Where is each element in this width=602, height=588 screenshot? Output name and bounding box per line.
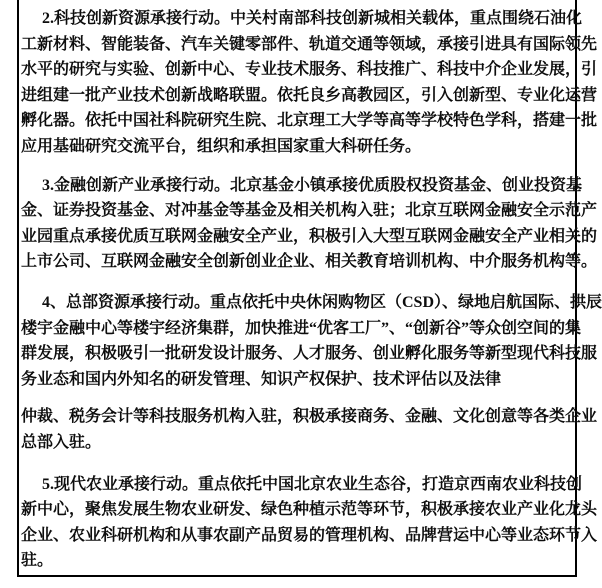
paragraph-2-line-5: 孵化器。依托中国社科院研究生院、北京理工大学等高等学校特色学科，搭建一批 <box>21 108 599 134</box>
paragraph-4-line-2: 楼宇金融中心等楼宇经济集群，加快推进“优客工厂”、“创新谷”等众创空间的集 <box>21 316 599 342</box>
paragraph-3-finance-innovation: 3.金融创新产业承接行动。北京基金小镇承接优质股权投资基金、创业投资基 金、证券… <box>21 173 599 275</box>
document-text-block: 2.科技创新资源承接行动。中关村南部科技创新城相关载体，重点围绕石油化 工新材料… <box>21 6 599 574</box>
paragraph-5-line-3: 企业、农业科研机构和从事农副产品贸易的管理机构、品牌营运中心等业态环节入 <box>21 523 599 549</box>
paragraph-4-continuation: 仲裁、税务会计等科技服务机构入驻，积极承接商务、金融、文化创意等各类企业 总部入… <box>21 404 599 455</box>
paragraph-3-line-1: 3.金融创新产业承接行动。北京基金小镇承接优质股权投资基金、创业投资基 <box>21 173 599 199</box>
paragraph-2-tech-innovation: 2.科技创新资源承接行动。中关村南部科技创新城相关载体，重点围绕石油化 工新材料… <box>21 6 599 160</box>
paragraph-2-line-1: 2.科技创新资源承接行动。中关村南部科技创新城相关载体，重点围绕石油化 <box>21 6 599 32</box>
paragraph-4-line-4: 务业态和国内外知名的研发管理、知识产权保护、技术评估以及法律 <box>21 367 599 393</box>
paragraph-4b-line-2: 总部入驻。 <box>21 430 599 456</box>
document-page: 2.科技创新资源承接行动。中关村南部科技创新城相关载体，重点围绕石油化 工新材料… <box>0 0 602 588</box>
paragraph-3-line-3: 业园重点承接优质互联网金融安全产业，积极引入大型互联网金融安全产业相关的 <box>21 224 599 250</box>
paragraph-2-line-3: 水平的研究与实验、创新中心、专业技术服务、科技推广、科技中介企业发展，引 <box>21 57 599 83</box>
paragraph-5-line-1: 5.现代农业承接行动。重点依托中国北京农业生态谷，打造京西南农业科技创 <box>21 472 599 498</box>
paragraph-2-line-2: 工新材料、智能装备、汽车关键零部件、轨道交通等领域，承接引进具有国际领先 <box>21 32 599 58</box>
paragraph-2-line-4: 进组建一批产业技术创新战略联盟。依托良乡高教园区，引入创新型、专业化运营 <box>21 83 599 109</box>
paragraph-5-modern-agriculture: 5.现代农业承接行动。重点依托中国北京农业生态谷，打造京西南农业科技创 新中心，… <box>21 472 599 574</box>
paragraph-4-line-3: 群发展，积极吸引一批研发设计服务、人才服务、创业孵化服务等新型现代科技服 <box>21 341 599 367</box>
paragraph-4b-line-1: 仲裁、税务会计等科技服务机构入驻，积极承接商务、金融、文化创意等各类企业 <box>21 404 599 430</box>
paragraph-5-line-2: 新中心，聚焦发展生物农业研发、绿色种植示范等环节，积极承接农业产业化龙头 <box>21 497 599 523</box>
paragraph-3-line-4: 上市公司、互联网金融安全创新创业企业、相关教育培训机构、中介服务机构等。 <box>21 249 599 275</box>
paragraph-4-line-1: 4、总部资源承接行动。重点依托中央休闲购物区（CSD）、绿地启航国际、拱辰 <box>21 290 599 316</box>
paragraph-4-headquarters: 4、总部资源承接行动。重点依托中央休闲购物区（CSD）、绿地启航国际、拱辰 楼宇… <box>21 290 599 392</box>
paragraph-2-line-6: 应用基础研究交流平台，组织和承担国家重大科研任务。 <box>21 134 599 160</box>
paragraph-5-line-4: 驻。 <box>21 548 599 574</box>
paragraph-3-line-2: 金、证券投资基金、对冲基金等基金及相关机构入驻；北京互联网金融安全示范产 <box>21 198 599 224</box>
